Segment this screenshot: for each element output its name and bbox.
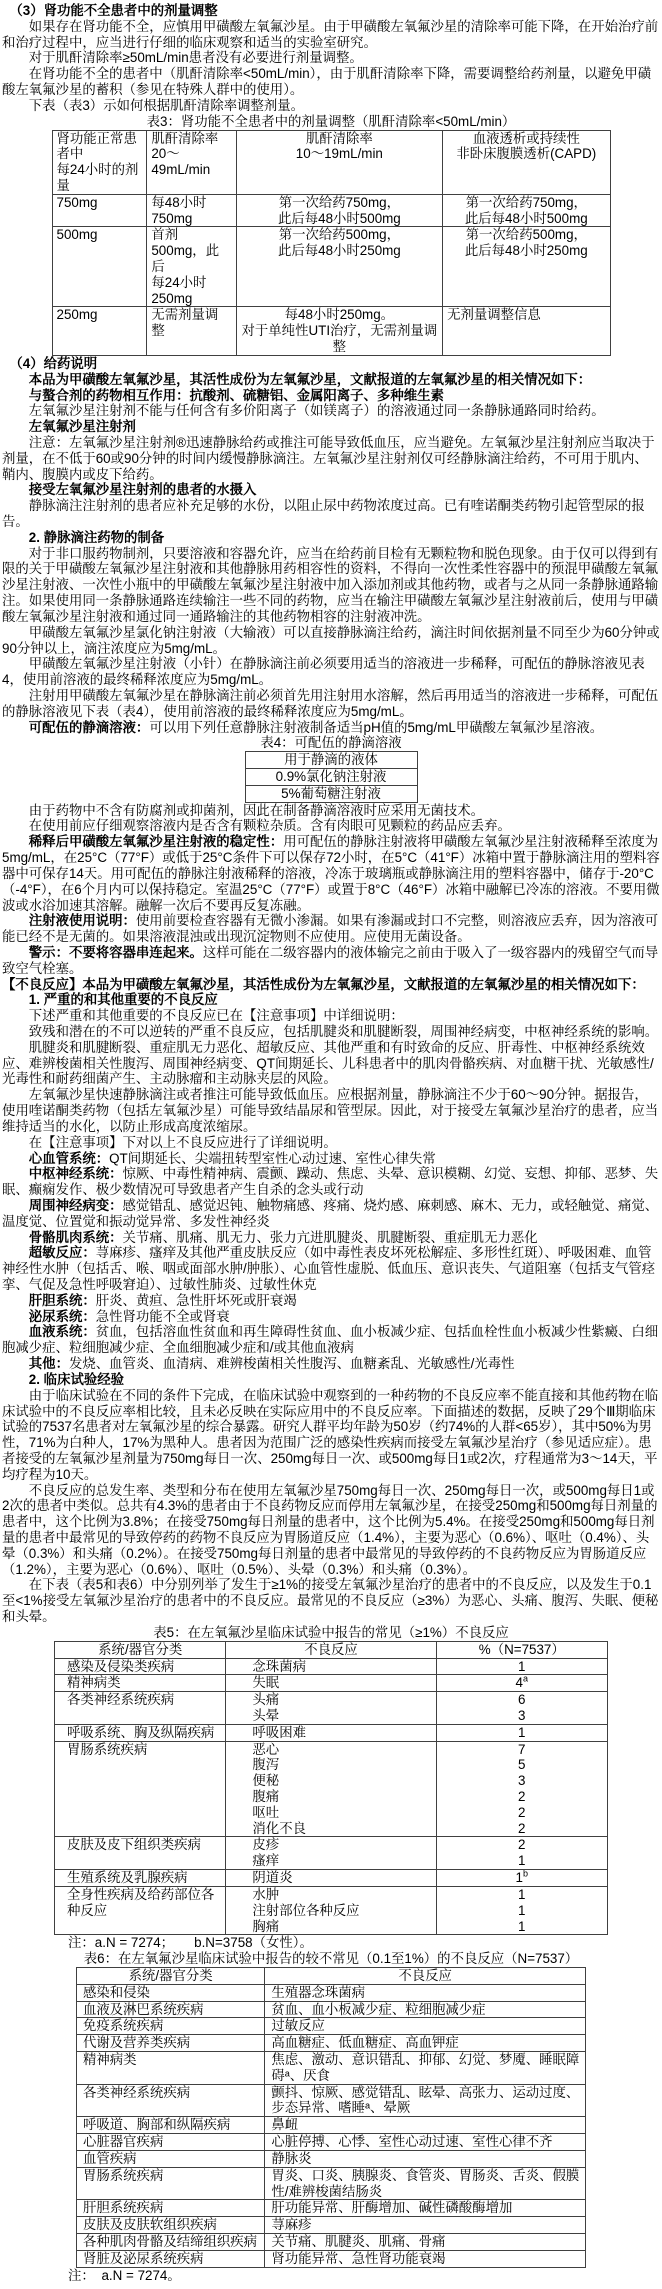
cell-line: 第一次给药750mg，: [241, 195, 438, 211]
cell-line: 1: [441, 1659, 603, 1675]
cell-line: 500mg: [57, 227, 143, 243]
cell-line: 3: [441, 1773, 603, 1789]
text-segment: 1. 严重的和其他重要的不良反应: [29, 992, 218, 1007]
adverse-reaction-cell: 过敏反应: [265, 2018, 586, 2035]
paragraph: 由于药物中不含有防腐剂或抑菌剂，因此在制备静滴溶液时应采用无菌技术。: [2, 803, 660, 819]
table-cell: 0.9%氯化钠注射液: [245, 769, 417, 786]
system-organ-class-cell: 精神病类: [55, 1675, 226, 1692]
section-heading: 接受左氧氟沙星注射剂的患者的水摄入: [2, 482, 660, 498]
table-row: 血液及淋巴系统疾病贫血、血小板减少症、粒细胞减少症: [77, 2001, 586, 2018]
cell-line: 此后每48小时250mg: [241, 243, 438, 259]
percent-value: 1: [518, 1919, 525, 1934]
footnote-marker: b: [523, 1869, 528, 1879]
system-organ-class-cell: 皮肤及皮肤软组织疾病: [77, 2217, 265, 2234]
cell-line: 2: [441, 1805, 603, 1821]
text-segment: 对于肌酐清除率≥50mL/min患者没有必要进行剂量调整。: [29, 50, 363, 65]
table-row: 500mg首剂500mg，此后每24小时250mg第一次给药500mg，此后每4…: [52, 227, 610, 307]
system-organ-class-cell: 血管疾病: [77, 2150, 265, 2167]
table-cell: 无剂量调整信息: [443, 307, 610, 355]
header-cell: %（N=7537）: [436, 1641, 607, 1658]
text-segment: 稀释后甲磺酸左氧氟沙星注射液的稳定性：: [29, 834, 283, 849]
header-cell: 不良反应: [265, 1967, 586, 1984]
system-organ-class-cell: 心脏器官疾病: [77, 2134, 265, 2151]
text-segment: 对于非口服药物制剂，只要溶液和容器允许，应当在给药前目检有无颗粒物和脱色现象。由…: [2, 546, 658, 624]
text-segment: 泌尿系统：: [29, 1309, 96, 1324]
cell-line: 250mg: [57, 307, 143, 323]
cell-line: 腹泻: [252, 1757, 431, 1773]
adverse-reaction-cell: 失眠: [226, 1675, 436, 1692]
paragraph: 【不良反应】本品为甲磺酸左氧氟沙星，其活性成份为左氧氟沙星，文献报道的左氧氟沙星…: [2, 977, 660, 993]
paragraph: 如果存在肾功能不全，应慎用甲磺酸左氧氟沙星。由于甲磺酸左氧氟沙星的清除率可能下降…: [2, 19, 660, 51]
header-cell: 系统/器官分类: [77, 1967, 265, 1984]
cell-line: 失眠: [252, 1675, 431, 1691]
table-row: 各种肌肉骨骼及结缔组织疾病关节痛、肌腱炎、肌痛、骨痛: [77, 2233, 586, 2250]
paragraph: 与螯合剂的药物相互作用：抗酸剂、硫糖铝、金属阳离子、多种维生素: [2, 388, 660, 404]
paragraph: 注射液使用说明：使用前要检查容器有无微小渗漏。如果有渗漏或封口不完整，则溶液应丢…: [2, 913, 660, 945]
table-row: 精神病类失眠4a: [55, 1675, 608, 1692]
header-cell: 肌酐清除率10～19mL/min: [236, 130, 442, 194]
percent-value: 2: [518, 1805, 525, 1820]
system-organ-class-cell: 免疫系统疾病: [77, 2018, 265, 2035]
text-segment: 骨骼肌肉系统：: [29, 1230, 123, 1245]
paragraph: 其他：发烧、血管炎、血清病、难辨梭菌相关性腹泻、血糖紊乱、光敏感性/光毒性: [2, 1356, 660, 1372]
cell-line: 便秘: [252, 1773, 431, 1789]
system-organ-class-cell: 胃肠系统疾病: [77, 2167, 265, 2200]
cell-line: 1b: [441, 1870, 603, 1886]
text-segment: 注： a.N = 7274。: [68, 2268, 181, 2283]
text-segment: 注意：左氧氟沙星注射剂®迅速静脉给药或推注可能导致低血压，应当避免。左氧氟沙星注…: [2, 435, 655, 482]
table-note: 注： a.N = 7274。: [68, 2268, 660, 2284]
text-segment: 如果存在肾功能不全，应慎用甲磺酸左氧氟沙星。由于甲磺酸左氧氟沙星的清除率可能下降…: [2, 19, 658, 50]
renal-dose-adjustment-table: 肾功能正常患者中每24小时的剂量肌酐清除率20～49mL/min肌酐清除率10～…: [52, 130, 611, 356]
system-organ-class-cell: 感染和侵染: [77, 1984, 265, 2001]
text-segment: 在使用前应仔细观察溶液内是否含有颗粒杂质。含有肉眼可见颗粒的药品应丢弃。: [29, 818, 511, 833]
common-adverse-reactions-table: 系统/器官分类不良反应%（N=7537）感染及侵染类疾病念珠菌病1精神病类失眠4…: [54, 1641, 608, 1936]
cell-line: 无需剂量调整: [151, 307, 231, 339]
header-cell: 不良反应: [226, 1641, 436, 1658]
table-body: 用于静滴的液体0.9%氯化钠注射液5%葡萄糖注射液: [245, 752, 417, 802]
text-segment: 超敏反应：: [29, 1245, 96, 1260]
adverse-reaction-cell: 焦虑、激动、意识错乱、抑郁、幻觉、梦魇、睡眠障碍ᵃ、厌食: [265, 2052, 586, 2085]
table-row: 肝胆系统疾病肝功能异常、肝酶增加、碱性磷酸酶增加: [77, 2200, 586, 2217]
text-segment: 肝胆系统：: [29, 1293, 96, 1308]
cell-line: 第一次给药750mg，: [447, 195, 605, 211]
percent-value: 1: [518, 1659, 525, 1674]
text-segment: 与螯合剂的药物相互作用：抗酸剂、硫糖铝、金属阳离子、多种维生素: [29, 388, 444, 403]
section-heading: （4）给药说明: [2, 356, 660, 372]
paragraph: 本品为甲磺酸左氧氟沙星，其活性成份为左氧氟沙星，文献报道的左氧氟沙星的相关情况如…: [2, 372, 660, 388]
cell-line: 10～19mL/min: [241, 146, 438, 162]
percent-value: 4: [516, 1675, 523, 1690]
text-segment: 注射液使用说明：: [29, 913, 136, 928]
text-segment: 致残和潜在的不可以逆转的严重不良反应，包括肌腱炎和肌腱断裂，周围神经病变，中枢神…: [29, 1024, 658, 1039]
paragraph: 甲磺酸左氧氟沙星注射液（小针）在静脉滴注前必须要用适当的溶液进一步稀释，可配伍的…: [2, 656, 660, 688]
percent-value: 2: [518, 1789, 525, 1804]
table-row: 心脏器官疾病心脏停搏、心悸、室性心动过速、室性心律不齐: [77, 2134, 586, 2151]
system-organ-class-cell: 感染及侵染类疾病: [55, 1658, 226, 1675]
drug-label-page: （3）肾功能不全患者中的剂量调整如果存在肾功能不全，应慎用甲磺酸左氧氟沙星。由于…: [0, 0, 662, 2289]
cell-line: 1: [441, 1853, 603, 1869]
cell-line: 1: [441, 1903, 603, 1919]
text-segment: 注：a.N = 7274； b.N=3758（女性）。: [68, 1935, 313, 1950]
adverse-reaction-cell: 恶心腹泻便秘腹痛呕吐消化不良: [226, 1741, 436, 1837]
table-row: 全身性疾病及给药部位各种反应水肿注射部位各种反应胸痛111: [55, 1886, 608, 1934]
table-cell: 第一次给药500mg，此后每48小时250mg: [236, 227, 442, 307]
cell-line: 非卧床腹膜透析(CAPD): [447, 146, 605, 162]
paragraph: 下表（表3）示如何根据肌酐清除率调整剂量。: [2, 98, 660, 114]
system-organ-class-cell: 肾脏及泌尿系统疾病: [77, 2250, 265, 2267]
table-cell: 第一次给药750mg，此后每48小时500mg: [236, 194, 442, 227]
paragraph: 在【注意事项】下对以上不良反应进行了详细说明。: [2, 1135, 660, 1151]
text-segment: 不良反应的总发生率、类型和分布在使用左氧氟沙星750mg每日一次、250mg每日…: [2, 1483, 657, 1577]
text-segment: 关节痛、肌痛、肌无力、张力亢进肌腱炎、肌腱断裂、重症肌无力恶化: [123, 1230, 538, 1245]
paragraph: 可配伍的静滴溶液：可以用下列任意静脉注射液制备适当pH值的5mg/mL甲磺酸左氧…: [2, 720, 660, 736]
cell-line: 20～49mL/min: [151, 146, 231, 178]
paragraph: 注意：左氧氟沙星注射剂®迅速静脉给药或推注可能导致低血压，应当避免。左氧氟沙星注…: [2, 435, 660, 482]
table-row: 750mg每48小时750mg第一次给药750mg，此后每48小时500mg第一…: [52, 194, 610, 227]
cell-line: 恶心: [252, 1742, 431, 1758]
system-organ-class-cell: 呼吸系统、胸及纵隔疾病: [55, 1724, 226, 1741]
cell-line: 头痛: [252, 1692, 431, 1708]
table-note: 注：a.N = 7274； b.N=3758（女性）。: [68, 1935, 660, 1951]
percent-value: 6: [518, 1692, 525, 1707]
table-row: 胃肠系统疾病胃炎、口炎、胰腺炎、食管炎、胃肠炎、舌炎、假膜性/难辨梭菌结肠炎: [77, 2167, 586, 2200]
text-segment: 本品为甲磺酸左氧氟沙星，其活性成份为左氧氟沙星，文献报道的左氧氟沙星的相关情况如…: [29, 372, 591, 387]
system-organ-class-cell: 血液及淋巴系统疾病: [77, 2001, 265, 2018]
table-body: 系统/器官分类不良反应感染和侵染生殖器念珠菌病血液及淋巴系统疾病贫血、血小板减少…: [77, 1967, 586, 2267]
text-segment: 接受左氧氟沙星注射剂的患者的水摄入: [29, 482, 257, 497]
adverse-reaction-cell: 颤抖、惊厥、感觉错乱、眩晕、高张力、运动过度、步态异常、嗜睡ᵃ、晕厥: [265, 2084, 586, 2117]
paragraph: 静脉滴注注射剂的患者应补充足够的水份，以阻止尿中药物浓度过高。已有喹诺酮类药物引…: [2, 498, 660, 530]
percent-value: 1: [518, 1887, 525, 1902]
text-segment: 警示：不要将容器串连起来。: [29, 945, 203, 960]
percent-value: 7: [518, 1742, 525, 1757]
system-organ-class-cell: 胃肠系统疾病: [55, 1741, 226, 1837]
table-row: 生殖系统及乳腺疾病阴道炎1b: [55, 1870, 608, 1887]
adverse-reaction-cell: 鼻衄: [265, 2117, 586, 2134]
adverse-reaction-cell: 贫血、血小板减少症、粒细胞减少症: [265, 2001, 586, 2018]
table-header-row: 系统/器官分类不良反应%（N=7537）: [55, 1641, 608, 1658]
table-row: 各类神经系统疾病颤抖、惊厥、感觉错乱、眩晕、高张力、运动过度、步态异常、嗜睡ᵃ、…: [77, 2084, 586, 2117]
table-row: 免疫系统疾病过敏反应: [77, 2018, 586, 2035]
table-title: 表3：肾功能不全患者中的剂量调整（肌酐清除率<50mL/min）: [2, 114, 660, 130]
system-organ-class-cell: 精神病类: [77, 2052, 265, 2085]
table-row: 皮肤及皮肤软组织疾病荨麻疹: [77, 2217, 586, 2234]
paragraph: 在肾功能不全的患者中（肌酐清除率<50mL/min），由于肌酐清除率下降，需要调…: [2, 66, 660, 98]
paragraph: 中枢神经系统：惊厥、中毒性精神病、震颤、躁动、焦虑、头晕、意识模糊、幻觉、妄想、…: [2, 1166, 660, 1198]
cell-line: 肾功能正常患者中: [57, 131, 143, 163]
percent-value: 1: [518, 1725, 525, 1740]
percent-value: 1: [518, 1903, 525, 1918]
text-segment: 左氧氟沙星快速静脉滴注或者推注可能导致低血压。应根据剂量，静脉滴注不少于60～9…: [2, 1087, 658, 1134]
table-row: 精神病类焦虑、激动、意识错乱、抑郁、幻觉、梦魇、睡眠障碍ᵃ、厌食: [77, 2052, 586, 2085]
table-cell: 第一次给药750mg，此后每48小时500mg: [443, 194, 610, 227]
text-segment: 可配伍的静滴溶液：: [29, 720, 150, 735]
percent-cell: 111: [436, 1886, 607, 1934]
cell-line: 2: [441, 1837, 603, 1853]
percent-value: 1: [516, 1870, 523, 1885]
text-segment: 注射用甲磺酸左氧氟沙星在静脉滴注前必须首先用注射用水溶解，然后再用适当的溶液进一…: [2, 688, 658, 719]
table-body: 系统/器官分类不良反应%（N=7537）感染及侵染类疾病念珠菌病1精神病类失眠4…: [55, 1641, 608, 1935]
adverse-reaction-cell: 生殖器念珠菌病: [265, 1984, 586, 2001]
adverse-reaction-cell: 头痛头晕: [226, 1692, 436, 1725]
percent-value: 2: [518, 1837, 525, 1852]
text-segment: 在肾功能不全的患者中（肌酐清除率<50mL/min），由于肌酐清除率下降，需要调…: [2, 66, 651, 97]
text-segment: 其他：: [29, 1356, 69, 1371]
adverse-reaction-cell: 荨麻疹: [265, 2217, 586, 2234]
paragraph: 骨骼肌肉系统：关节痛、肌痛、肌无力、张力亢进肌腱炎、肌腱断裂、重症肌无力恶化: [2, 1230, 660, 1246]
text-segment: 周围神经病变：: [29, 1198, 123, 1213]
footnote-marker: a: [523, 1674, 528, 1684]
paragraph: 警示：不要将容器串连起来。这样可能在二级容器内的液体输完之前由于吸入了一级容器内…: [2, 945, 660, 977]
table-cell: 无需剂量调整: [147, 307, 236, 355]
paragraph: 注射用甲磺酸左氧氟沙星在静脉滴注前必须首先用注射用水溶解，然后再用适当的溶液进一…: [2, 688, 660, 720]
system-organ-class-cell: 生殖系统及乳腺疾病: [55, 1870, 226, 1887]
section-heading: 2. 临床试验经验: [2, 1372, 660, 1388]
cell-line: 血液透析或持续性: [447, 131, 605, 147]
paragraph: 下述严重和其他重要的不良反应已在【注意事项】中详细说明：: [2, 1008, 660, 1024]
cell-line: 对于单纯性UTI治疗，无需剂量调整: [241, 323, 438, 355]
text-segment: 可以用下列任意静脉注射液制备适当pH值的5mg/mL甲磺酸左氧氟沙星溶液。: [149, 720, 603, 735]
table-cell: 500mg: [52, 227, 147, 307]
cell-line: 注射部位各种反应: [252, 1903, 431, 1919]
table-row: 血管疾病静脉炎: [77, 2150, 586, 2167]
system-organ-class-cell: 代谢及营养类疾病: [77, 2035, 265, 2052]
cell-line: 念珠菌病: [252, 1659, 431, 1675]
paragraph: 在使用前应仔细观察溶液内是否含有颗粒杂质。含有肉眼可见颗粒的药品应丢弃。: [2, 818, 660, 834]
table-row: 代谢及营养类疾病高血糖症、低血糖症、高血钾症: [77, 2035, 586, 2052]
text-segment: 【不良反应】本品为甲磺酸左氧氟沙星，其活性成份为左氧氟沙星，文献报道的左氧氟沙星…: [2, 977, 645, 992]
text-segment: （3）肾功能不全患者中的剂量调整: [9, 3, 217, 18]
cell-line: 腹痛: [252, 1789, 431, 1805]
table-cell: 首剂500mg，此后每24小时250mg: [147, 227, 236, 307]
paragraph: 血液系统：贫血，包括溶血性贫血和再生障碍性贫血、血小板减少症、包括血栓性血小板减…: [2, 1324, 660, 1356]
table-cell: 250mg: [52, 307, 147, 355]
text-segment: 左氧氟沙星注射剂不能与任何含有多价阳离子（如镁离子）的溶液通过同一条静脉通路同时…: [29, 403, 605, 418]
system-organ-class-cell: 各种肌肉骨骼及结缔组织疾病: [77, 2233, 265, 2250]
cell-line: 1: [441, 1725, 603, 1741]
text-segment: 荨麻疹、瘙痒及其他严重皮肤反应（如中毒性表皮坏死松解症、多形性红斑）、呼吸困难、…: [2, 1245, 655, 1292]
text-segment: 发烧、血管炎、血清病、难辨梭菌相关性腹泻、血糖紊乱、光敏感性/光毒性: [69, 1356, 515, 1371]
percent-cell: 1: [436, 1724, 607, 1741]
cell-line: 1: [441, 1919, 603, 1935]
cell-line: 每24小时250mg: [151, 275, 231, 307]
paragraph: 左氧氟沙星注射剂不能与任何含有多价阳离子（如镁离子）的溶液通过同一条静脉通路同时…: [2, 403, 660, 419]
cell-line: 呼吸困难: [252, 1725, 431, 1741]
percent-value: 1: [518, 1853, 525, 1868]
text-segment: 在【注意事项】下对以上不良反应进行了详细说明。: [29, 1135, 337, 1150]
system-organ-class-cell: 全身性疾病及给药部位各种反应: [55, 1886, 226, 1934]
text-segment: QT间期延长、尖端扭转型室性心动过速、室性心律失常: [109, 1151, 436, 1166]
paragraph: 肌腱炎和肌腱断裂、重症肌无力恶化、超敏反应、其他严重和有时致命的反应、肝毒性、中…: [2, 1040, 660, 1087]
table-cell: 750mg: [52, 194, 147, 227]
cell-line: 第一次给药500mg，: [241, 227, 438, 243]
percent-cell: 21: [436, 1837, 607, 1870]
paragraph: 由于临床试验在不同的条件下完成，在临床试验中观察到的一种药物的不良反应率不能直接…: [2, 1388, 660, 1483]
table-row: 感染及侵染类疾病念珠菌病1: [55, 1658, 608, 1675]
cell-line: 750mg: [57, 195, 143, 211]
percent-value: 3: [518, 1708, 525, 1723]
adverse-reaction-cell: 呼吸困难: [226, 1724, 436, 1741]
adverse-reaction-cell: 念珠菌病: [226, 1658, 436, 1675]
adverse-reaction-cell: 水肿注射部位各种反应胸痛: [226, 1886, 436, 1934]
header-cell: 肌酐清除率20～49mL/min: [147, 130, 236, 194]
header-cell: 系统/器官分类: [55, 1641, 226, 1658]
cell-line: 此后每48小时250mg: [447, 243, 605, 259]
percent-cell: 63: [436, 1692, 607, 1725]
header-cell: 用于静滴的液体: [245, 752, 417, 769]
paragraph: 周围神经病变：感觉错乱、感觉迟钝、触物痛感、疼痛、烧灼感、麻刺感、麻木、无力，或…: [2, 1198, 660, 1230]
text-segment: 由于药物中不含有防腐剂或抑菌剂，因此在制备静滴溶液时应采用无菌技术。: [29, 803, 484, 818]
text-segment: 甲磺酸左氧氟沙星注射液（小针）在静脉滴注前必须要用适当的溶液进一步稀释，可配伍的…: [2, 656, 645, 687]
percent-value: 5: [518, 1757, 525, 1772]
cell-line: 首剂500mg，此后: [151, 227, 231, 274]
text-segment: 2. 静脉滴注药物的制备: [29, 530, 164, 545]
text-segment: 下述严重和其他重要的不良反应已在【注意事项】中详细说明：: [29, 1008, 404, 1023]
adverse-reaction-cell: 肝功能异常、肝酶增加、碱性磷酸酶增加: [265, 2200, 586, 2217]
text-segment: 血液系统：: [29, 1324, 96, 1339]
document-body: （3）肾功能不全患者中的剂量调整如果存在肾功能不全，应慎用甲磺酸左氧氟沙星。由于…: [2, 3, 660, 2283]
table-title: 表6：在左氧氟沙星临床试验中报告的较不常见（0.1至1%）的不良反应（N=753…: [2, 1951, 660, 1967]
less-common-adverse-reactions-table: 系统/器官分类不良反应感染和侵染生殖器念珠菌病血液及淋巴系统疾病贫血、血小板减少…: [76, 1967, 586, 2268]
table-header-row: 系统/器官分类不良反应: [77, 1967, 586, 1984]
text-segment: 由于临床试验在不同的条件下完成，在临床试验中观察到的一种药物的不良反应率不能直接…: [2, 1388, 658, 1482]
table-row: 0.9%氯化钠注射液: [245, 769, 417, 786]
percent-value: 2: [518, 1821, 525, 1836]
table-cell: 第一次给药500mg，此后每48小时250mg: [443, 227, 610, 307]
header-cell: 肾功能正常患者中每24小时的剂量: [52, 130, 147, 194]
table-row: 各类神经系统疾病头痛头晕63: [55, 1692, 608, 1725]
paragraph: 稀释后甲磺酸左氧氟沙星注射液的稳定性：用可配伍的静脉注射液将甲磺酸左氧氟沙星注射…: [2, 834, 660, 913]
paragraph: 左氧氟沙星快速静脉滴注或者推注可能导致低血压。应根据剂量，静脉滴注不少于60～9…: [2, 1087, 660, 1134]
percent-value: 3: [518, 1773, 525, 1788]
table-cell: 5%葡萄糖注射液: [245, 785, 417, 802]
cell-line: 肌酐清除率: [151, 131, 231, 147]
cell-line: 每24小时的剂量: [57, 162, 143, 194]
text-segment: 肌腱炎和肌腱断裂、重症肌无力恶化、超敏反应、其他严重和有时致命的反应、肝毒性、中…: [2, 1040, 654, 1087]
compatible-solutions-table: 用于静滴的液体0.9%氯化钠注射液5%葡萄糖注射液: [245, 751, 418, 802]
table-title: 表4：可配伍的静滴溶液: [2, 735, 660, 751]
system-organ-class-cell: 各类神经系统疾病: [55, 1692, 226, 1725]
percent-cell: 1: [436, 1658, 607, 1675]
system-organ-class-cell: 皮肤及皮下组织类疾病: [55, 1837, 226, 1870]
text-segment: 贫血，包括溶血性贫血和再生障碍性贫血、血小板减少症、包括血栓性血小板减少性紫癜、…: [2, 1324, 658, 1355]
cell-line: 头晕: [252, 1708, 431, 1724]
adverse-reaction-cell: 阴道炎: [226, 1870, 436, 1887]
adverse-reaction-cell: 胃炎、口炎、胰腺炎、食管炎、胃肠炎、舌炎、假膜性/难辨梭菌结肠炎: [265, 2167, 586, 2200]
cell-line: 阴道炎: [252, 1870, 431, 1886]
cell-line: 消化不良: [252, 1821, 431, 1837]
section-heading: 2. 静脉滴注药物的制备: [2, 530, 660, 546]
cell-line: 呕吐: [252, 1805, 431, 1821]
cell-line: 此后每48小时500mg: [241, 211, 438, 227]
text-segment: 左氧氟沙星注射剂: [29, 419, 136, 434]
text-segment: 急性肾功能不全或肾衰: [96, 1309, 230, 1324]
table-row: 胃肠系统疾病恶心腹泻便秘腹痛呕吐消化不良753222: [55, 1741, 608, 1837]
table-row: 感染和侵染生殖器念珠菌病: [77, 1984, 586, 2001]
adverse-reaction-cell: 高血糖症、低血糖症、高血钾症: [265, 2035, 586, 2052]
section-heading: 左氧氟沙星注射剂: [2, 419, 660, 435]
section-heading: （3）肾功能不全患者中的剂量调整: [2, 3, 660, 19]
text-segment: 静脉滴注注射剂的患者应补充足够的水份，以阻止尿中药物浓度过高。已有喹诺酮类药物引…: [2, 498, 645, 529]
text-segment: 肝炎、黄疸、急性肝坏死或肝衰竭: [96, 1293, 297, 1308]
cell-line: 7: [441, 1742, 603, 1758]
cell-line: 水肿: [252, 1887, 431, 1903]
cell-line: 1: [441, 1887, 603, 1903]
header-cell: 血液透析或持续性非卧床腹膜透析(CAPD): [443, 130, 610, 194]
cell-line: 4a: [441, 1675, 603, 1691]
cell-line: 此后每48小时500mg: [447, 211, 605, 227]
cell-line: 6: [441, 1692, 603, 1708]
paragraph: 对于非口服药物制剂，只要溶液和容器允许，应当在给药前目检有无颗粒物和脱色现象。由…: [2, 546, 660, 625]
paragraph: 不良反应的总发生率、类型和分布在使用左氧氟沙星750mg每日一次、250mg每日…: [2, 1483, 660, 1578]
table-header-row: 用于静滴的液体: [245, 752, 417, 769]
table-row: 肾脏及泌尿系统疾病肾功能异常、急性肾功能衰竭: [77, 2250, 586, 2267]
cell-line: 2: [441, 1821, 603, 1837]
adverse-reaction-cell: 静脉炎: [265, 2150, 586, 2167]
percent-cell: 1b: [436, 1870, 607, 1887]
text-segment: 下表（表3）示如何根据肌酐清除率调整剂量。: [29, 98, 304, 113]
system-organ-class-cell: 呼吸道、胸部和纵隔疾病: [77, 2117, 265, 2134]
percent-cell: 4a: [436, 1675, 607, 1692]
adverse-reaction-cell: 关节痛、肌腱炎、肌痛、骨痛: [265, 2233, 586, 2250]
system-organ-class-cell: 各类神经系统疾病: [77, 2084, 265, 2117]
table-cell: 每48小时750mg: [147, 194, 236, 227]
cell-line: 瘙痒: [252, 1853, 431, 1869]
table-row: 呼吸道、胸部和纵隔疾病鼻衄: [77, 2117, 586, 2134]
text-segment: 2. 临床试验经验: [29, 1372, 124, 1387]
table-header-row: 肾功能正常患者中每24小时的剂量肌酐清除率20～49mL/min肌酐清除率10～…: [52, 130, 610, 194]
percent-cell: 753222: [436, 1741, 607, 1837]
table-row: 皮肤及皮下组织类疾病皮疹瘙痒21: [55, 1837, 608, 1870]
section-heading: 1. 严重的和其他重要的不良反应: [2, 992, 660, 1008]
table-row: 5%葡萄糖注射液: [245, 785, 417, 802]
text-segment: 在下表（表5和表6）中分别列举了发生于≥1%的接受左氧氟沙星治疗的患者中的不良反…: [2, 1577, 658, 1624]
adverse-reaction-cell: 心脏停搏、心悸、室性心动过速、室性心律不齐: [265, 2134, 586, 2151]
cell-line: 胸痛: [252, 1919, 431, 1935]
paragraph: 心血管系统：QT间期延长、尖端扭转型室性心动过速、室性心律失常: [2, 1151, 660, 1167]
paragraph: 超敏反应：荨麻疹、瘙痒及其他严重皮肤反应（如中毒性表皮坏死松解症、多形性红斑）、…: [2, 1245, 660, 1292]
table-title: 表5：在左氧氟沙星临床试验中报告的常见（≥1%）不良反应: [2, 1625, 660, 1641]
cell-line: 每48小时750mg: [151, 195, 231, 227]
text-segment: （4）给药说明: [9, 356, 97, 371]
cell-line: 2: [441, 1789, 603, 1805]
cell-line: 5: [441, 1757, 603, 1773]
cell-line: 肌酐清除率: [241, 131, 438, 147]
paragraph: 致残和潜在的不可以逆转的严重不良反应，包括肌腱炎和肌腱断裂，周围神经病变，中枢神…: [2, 1024, 660, 1040]
system-organ-class-cell: 肝胆系统疾病: [77, 2200, 265, 2217]
cell-line: 3: [441, 1708, 603, 1724]
paragraph: 在下表（表5和表6）中分别列举了发生于≥1%的接受左氧氟沙星治疗的患者中的不良反…: [2, 1577, 660, 1624]
paragraph: 肝胆系统：肝炎、黄疸、急性肝坏死或肝衰竭: [2, 1293, 660, 1309]
table-row: 250mg无需剂量调整每48小时250mg。对于单纯性UTI治疗，无需剂量调整无…: [52, 307, 610, 355]
paragraph: 对于肌酐清除率≥50mL/min患者没有必要进行剂量调整。: [2, 50, 660, 66]
cell-line: 第一次给药500mg，: [447, 227, 605, 243]
cell-line: 无剂量调整信息: [447, 307, 605, 323]
cell-line: 每48小时250mg。: [241, 307, 438, 323]
paragraph: 甲磺酸左氧氟沙星氯化钠注射液（大输液）可以直接静脉滴注给药，滴注时间依据剂量不同…: [2, 625, 660, 657]
cell-line: 皮疹: [252, 1837, 431, 1853]
text-segment: 心血管系统：: [29, 1151, 109, 1166]
text-segment: 甲磺酸左氧氟沙星氯化钠注射液（大输液）可以直接静脉滴注给药，滴注时间依据剂量不同…: [2, 625, 660, 656]
adverse-reaction-cell: 肾功能异常、急性肾功能衰竭: [265, 2250, 586, 2267]
table-row: 呼吸系统、胸及纵隔疾病呼吸困难1: [55, 1724, 608, 1741]
table-body: 肾功能正常患者中每24小时的剂量肌酐清除率20～49mL/min肌酐清除率10～…: [52, 130, 610, 355]
adverse-reaction-cell: 皮疹瘙痒: [226, 1837, 436, 1870]
table-cell: 每48小时250mg。对于单纯性UTI治疗，无需剂量调整: [236, 307, 442, 355]
paragraph: 泌尿系统：急性肾功能不全或肾衰: [2, 1309, 660, 1325]
text-segment: 中枢神经系统：: [29, 1166, 123, 1181]
